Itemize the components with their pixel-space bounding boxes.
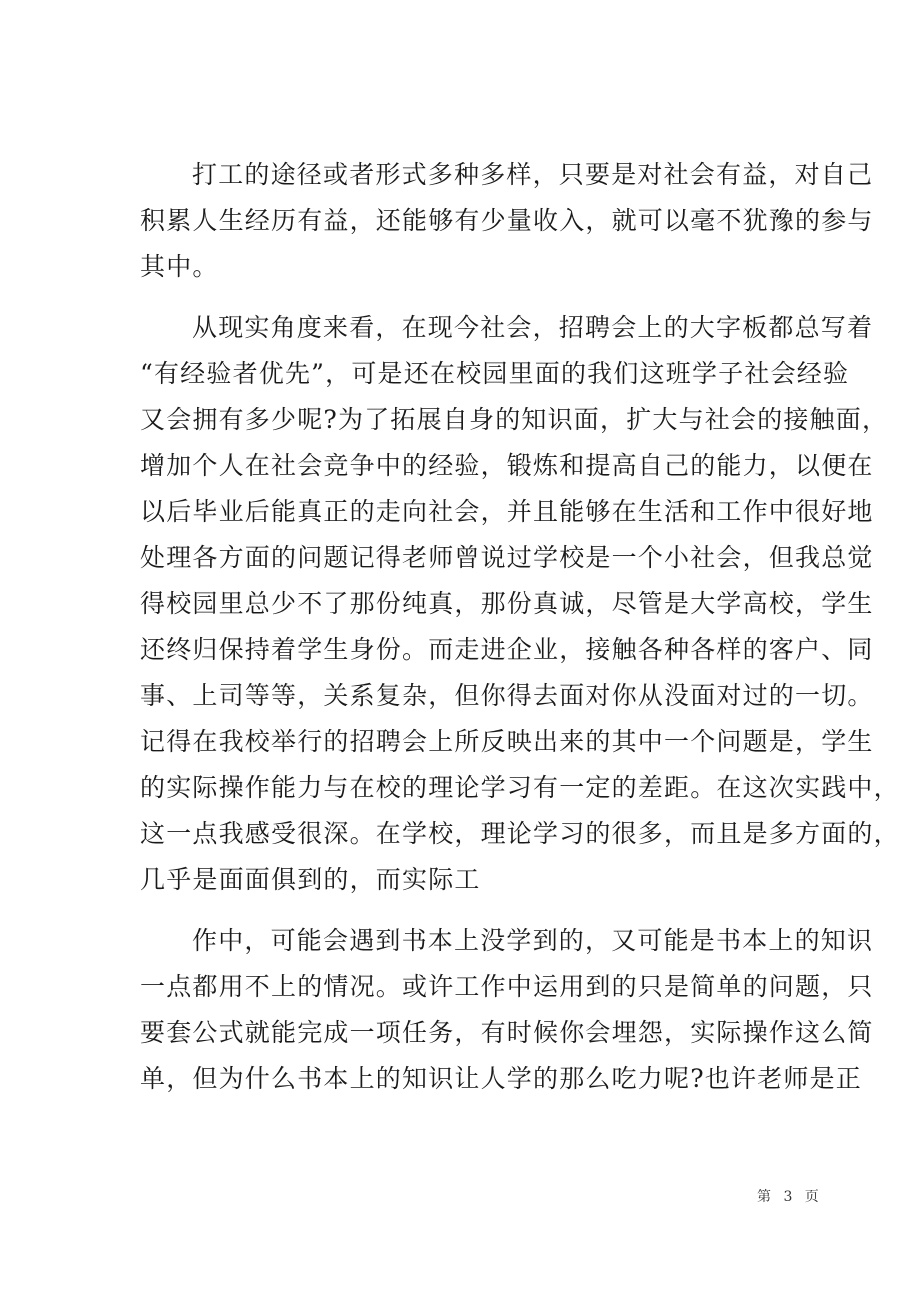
text-line: 这一点我感受很深。在学校，理论学习的很多，而且是多方面的， [140, 811, 820, 857]
document-page: 打工的途径或者形式多种多样，只要是对社会有益，对自己 积累人生经历有益，还能够有… [0, 0, 920, 1302]
document-body: 打工的途径或者形式多种多样，只要是对社会有益，对自己 积累人生经历有益，还能够有… [140, 152, 820, 1102]
text-line: 打工的途径或者形式多种多样，只要是对社会有益，对自己 [140, 152, 820, 198]
text-line: 记得在我校举行的招聘会上所反映出来的其中一个问题是，学生 [140, 719, 820, 765]
text-line: 的实际操作能力与在校的理论学习有一定的差距。在这次实践中， [140, 765, 820, 811]
text-line: 以后毕业后能真正的走向社会，并且能够在生活和工作中很好地 [140, 489, 820, 535]
text-line: 事、上司等等，关系复杂，但你得去面对你从没面对过的一切。 [140, 673, 820, 719]
text-line: 要套公式就能完成一项任务，有时候你会埋怨，实际操作这么简 [140, 1010, 820, 1056]
text-line: 增加个人在社会竞争中的经验，锻炼和提高自己的能力，以便在 [140, 443, 820, 489]
text-line: 处理各方面的问题记得老师曾说过学校是一个小社会，但我总觉 [140, 535, 820, 581]
paragraph-1: 打工的途径或者形式多种多样，只要是对社会有益，对自己 积累人生经历有益，还能够有… [140, 152, 820, 290]
text-line: 一点都用不上的情况。或许工作中运用到的只是简单的问题，只 [140, 964, 820, 1010]
text-line: 其中。 [140, 244, 820, 290]
page-number: 第 3 页 [757, 1186, 823, 1206]
text-line: 几乎是面面俱到的，而实际工 [140, 857, 820, 903]
text-line: 单，但为什么书本上的知识让人学的那么吃力呢?也许老师是正 [140, 1056, 820, 1102]
text-line: 又会拥有多少呢?为了拓展自身的知识面，扩大与社会的接触面， [140, 397, 820, 443]
text-line: 还终归保持着学生身份。而走进企业，接触各种各样的客户、同 [140, 627, 820, 673]
text-line: 从现实角度来看，在现今社会，招聘会上的大字板都总写着 [140, 305, 820, 351]
text-line: 积累人生经历有益，还能够有少量收入，就可以毫不犹豫的参与 [140, 198, 820, 244]
paragraph-2: 从现实角度来看，在现今社会，招聘会上的大字板都总写着 “有经验者优先”，可是还在… [140, 305, 820, 903]
text-line: 得校园里总少不了那份纯真，那份真诚，尽管是大学高校，学生 [140, 581, 820, 627]
text-line: “有经验者优先”，可是还在校园里面的我们这班学子社会经验 [140, 351, 820, 397]
paragraph-3: 作中，可能会遇到书本上没学到的，又可能是书本上的知识 一点都用不上的情况。或许工… [140, 918, 820, 1102]
text-line: 作中，可能会遇到书本上没学到的，又可能是书本上的知识 [140, 918, 820, 964]
